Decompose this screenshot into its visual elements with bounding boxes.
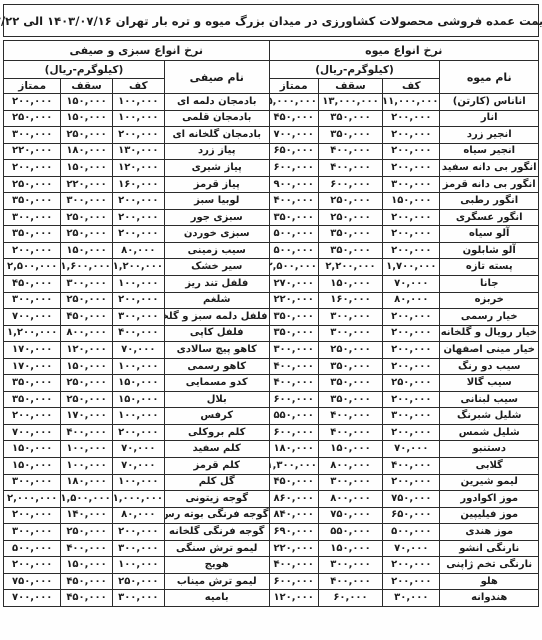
veg-ceiling-cell: ۲۵۰,۰۰۰ (61, 127, 112, 144)
fruit-name-cell: هندوانه (440, 590, 539, 607)
veg-premium-cell: ۲,۰۰۰,۰۰۰ (4, 491, 61, 508)
fruit-floor-cell: ۶۵۰,۰۰۰ (383, 507, 440, 524)
fruit-floor-cell: ۱,۷۰۰,۰۰۰ (383, 259, 440, 276)
fruit-premium-cell: ۲۲۰,۰۰۰ (269, 540, 318, 557)
fruit-premium-cell: ۱۵,۰۰۰,۰۰۰ (269, 94, 318, 111)
fruit-premium-cell: ۴۰۰,۰۰۰ (269, 358, 318, 375)
table-row: اناناس (کارتن)۱۱,۰۰۰,۰۰۰۱۳,۰۰۰,۰۰۰۱۵,۰۰۰… (4, 94, 539, 111)
veg-floor-cell: ۳۰۰,۰۰۰ (112, 590, 164, 607)
fruit-premium-cell: ۴۰۰,۰۰۰ (269, 375, 318, 392)
veg-ceiling-cell: ۱۲۰,۰۰۰ (61, 342, 112, 359)
fruit-name-cell: شلیل شمس (440, 424, 539, 441)
veg-premium-header: ممتاز (4, 79, 61, 94)
veg-premium-cell: ۳۰۰,۰۰۰ (4, 127, 61, 144)
fruit-ceiling-cell: ۴۰۰,۰۰۰ (318, 143, 382, 160)
table-row: انگور عسگری۲۰۰,۰۰۰۲۵۰,۰۰۰۳۵۰,۰۰۰سبزی جور… (4, 209, 539, 226)
veg-name-cell: گوجه فرنگی گلخانه (164, 524, 269, 541)
fruit-ceiling-cell: ۸۰۰,۰۰۰ (318, 491, 382, 508)
veg-ceiling-cell: ۱,۶۰۰,۰۰۰ (61, 259, 112, 276)
veg-premium-cell: ۳۵۰,۰۰۰ (4, 375, 61, 392)
veg-premium-cell: ۳۵۰,۰۰۰ (4, 391, 61, 408)
veg-premium-cell: ۳۰۰,۰۰۰ (4, 524, 61, 541)
veg-floor-cell: ۱۲۰,۰۰۰ (112, 160, 164, 177)
fruit-floor-cell: ۲۰۰,۰۰۰ (383, 573, 440, 590)
fruit-floor-cell: ۲۰۰,۰۰۰ (383, 226, 440, 243)
veg-premium-cell: ۱۵۰,۰۰۰ (4, 458, 61, 475)
document-title: کشف قیمت عمده فروشی محصولات کشاورزی در م… (3, 4, 539, 37)
fruit-name-cell: شلیل شبرنگ (440, 408, 539, 425)
veg-floor-cell: ۱۳۰,۰۰۰ (112, 143, 164, 160)
fruit-floor-cell: ۲۰۰,۰۰۰ (383, 424, 440, 441)
veg-floor-cell: ۲۰۰,۰۰۰ (112, 209, 164, 226)
fruit-floor-cell: ۱۱,۰۰۰,۰۰۰ (383, 94, 440, 111)
fruit-ceiling-cell: ۵۵۰,۰۰۰ (318, 524, 382, 541)
veg-ceiling-cell: ۱۸۰,۰۰۰ (61, 474, 112, 491)
veg-floor-cell: ۷۰,۰۰۰ (112, 458, 164, 475)
fruit-premium-cell: ۶۰۰,۰۰۰ (269, 424, 318, 441)
fruit-name-cell: خربزه (440, 292, 539, 309)
fruit-ceiling-cell: ۴۰۰,۰۰۰ (318, 573, 382, 590)
table-row: نارنگی تخم ژاپنی۲۰۰,۰۰۰۳۰۰,۰۰۰۴۰۰,۰۰۰هوی… (4, 557, 539, 574)
fruit-ceiling-cell: ۴۰۰,۰۰۰ (318, 408, 382, 425)
fruit-floor-cell: ۲۰۰,۰۰۰ (383, 110, 440, 127)
fruit-ceiling-cell: ۳۵۰,۰۰۰ (318, 110, 382, 127)
veg-ceiling-cell: ۱,۵۰۰,۰۰۰ (61, 491, 112, 508)
veg-ceiling-cell: ۱۵۰,۰۰۰ (61, 110, 112, 127)
table-row: هلو۲۰۰,۰۰۰۴۰۰,۰۰۰۶۰۰,۰۰۰لیمو ترش میناب۲۵… (4, 573, 539, 590)
fruit-name-cell: خیار رسمی (440, 309, 539, 326)
veg-floor-cell: ۴۰۰,۰۰۰ (112, 325, 164, 342)
fruit-premium-cell: ۹۰۰,۰۰۰ (269, 176, 318, 193)
fruit-name-cell: انگور بی دانه قرمز (440, 176, 539, 193)
table-row: انجیر زرد۲۰۰,۰۰۰۳۵۰,۰۰۰۷۰۰,۰۰۰بادمجان گل… (4, 127, 539, 144)
fruit-name-cell: دستنبو (440, 441, 539, 458)
veg-name-cell: فلفل تند ریز (164, 276, 269, 293)
fruit-name-cell: گلابی (440, 458, 539, 475)
table-row: انجیر سیاه۲۰۰,۰۰۰۴۰۰,۰۰۰۶۵۰,۰۰۰پیاز زرد۱… (4, 143, 539, 160)
veg-premium-cell: ۷۰۰,۰۰۰ (4, 309, 61, 326)
table-row: خیار مینی اصفهان۲۰۰,۰۰۰۲۵۰,۰۰۰۳۰۰,۰۰۰کاه… (4, 342, 539, 359)
veg-name-cell: فلفل کاپی (164, 325, 269, 342)
table-row: انگور بی دانه قرمز۳۰۰,۰۰۰۶۰۰,۰۰۰۹۰۰,۰۰۰پ… (4, 176, 539, 193)
table-row: پسته تازه۱,۷۰۰,۰۰۰۲,۲۰۰,۰۰۰۲,۵۰۰,۰۰۰سیر … (4, 259, 539, 276)
fruit-ceiling-cell: ۳۵۰,۰۰۰ (318, 375, 382, 392)
section-header-row: نرخ انواع میوه نرخ انواع سبزی و صیفی (4, 41, 539, 61)
veg-ceiling-cell: ۴۵۰,۰۰۰ (61, 590, 112, 607)
fruit-premium-cell: ۴۵۰,۰۰۰ (269, 110, 318, 127)
veg-premium-cell: ۳۵۰,۰۰۰ (4, 193, 61, 210)
veg-name-cell: گوجه زیتونی (164, 491, 269, 508)
veg-ceiling-cell: ۱۸۰,۰۰۰ (61, 143, 112, 160)
veg-floor-cell: ۱,۰۰۰,۰۰۰ (112, 491, 164, 508)
veg-name-cell: بادمجان دلمه ای (164, 94, 269, 111)
fruit-ceiling-cell: ۳۵۰,۰۰۰ (318, 127, 382, 144)
fruit-floor-cell: ۲۰۰,۰۰۰ (383, 143, 440, 160)
veg-section-title: نرخ انواع سبزی و صیفی (4, 41, 270, 61)
fruit-name-cell: نارنگی انشو (440, 540, 539, 557)
veg-ceiling-cell: ۳۰۰,۰۰۰ (61, 193, 112, 210)
fruit-ceiling-cell: ۲۵۰,۰۰۰ (318, 193, 382, 210)
table-row: سیب لبنانی۲۰۰,۰۰۰۳۵۰,۰۰۰۶۰۰,۰۰۰بلال۱۵۰,۰… (4, 391, 539, 408)
fruit-ceiling-cell: ۱۵۰,۰۰۰ (318, 276, 382, 293)
veg-name-cell: کاهو پیچ سالادی (164, 342, 269, 359)
fruit-floor-cell: ۷۰,۰۰۰ (383, 540, 440, 557)
fruit-floor-cell: ۱۵۰,۰۰۰ (383, 193, 440, 210)
fruit-premium-header: ممتاز (269, 79, 318, 94)
fruit-premium-cell: ۸۶۰,۰۰۰ (269, 491, 318, 508)
fruit-premium-cell: ۸۴۰,۰۰۰ (269, 507, 318, 524)
veg-ceiling-cell: ۴۰۰,۰۰۰ (61, 424, 112, 441)
veg-premium-cell: ۲۵۰,۰۰۰ (4, 176, 61, 193)
fruit-premium-cell: ۵۵۰,۰۰۰ (269, 408, 318, 425)
table-row: آلو شابلون۲۰۰,۰۰۰۳۵۰,۰۰۰۵۰۰,۰۰۰سیب زمینی… (4, 242, 539, 259)
fruit-name-cell: موز اکوادور (440, 491, 539, 508)
veg-floor-cell: ۲۰۰,۰۰۰ (112, 292, 164, 309)
unit-header-row: نام میوه (کیلوگرم-ریال) نام صیفی (کیلوگر… (4, 61, 539, 79)
fruit-floor-cell: ۲۰۰,۰۰۰ (383, 127, 440, 144)
veg-premium-cell: ۳۰۰,۰۰۰ (4, 292, 61, 309)
fruit-ceiling-cell: ۳۰۰,۰۰۰ (318, 309, 382, 326)
veg-name-cell: لیمو ترش سنگی (164, 540, 269, 557)
fruit-name-cell: آلو شابلون (440, 242, 539, 259)
veg-premium-cell: ۳۵۰,۰۰۰ (4, 226, 61, 243)
fruit-floor-cell: ۷۰,۰۰۰ (383, 441, 440, 458)
fruit-name-cell: جانا (440, 276, 539, 293)
veg-ceiling-cell: ۳۰۰,۰۰۰ (61, 276, 112, 293)
fruit-premium-cell: ۷۰۰,۰۰۰ (269, 127, 318, 144)
veg-floor-cell: ۷۰,۰۰۰ (112, 441, 164, 458)
fruit-premium-cell: ۱۸۰,۰۰۰ (269, 441, 318, 458)
veg-premium-cell: ۲۲۰,۰۰۰ (4, 143, 61, 160)
veg-name-column-header: نام صیفی (164, 61, 269, 94)
veg-premium-cell: ۲۰۰,۰۰۰ (4, 160, 61, 177)
fruit-ceiling-cell: ۴۰۰,۰۰۰ (318, 424, 382, 441)
table-row: موز فیلیپین۶۵۰,۰۰۰۷۵۰,۰۰۰۸۴۰,۰۰۰گوجه فرن… (4, 507, 539, 524)
fruit-floor-cell: ۳۰۰,۰۰۰ (383, 408, 440, 425)
fruit-floor-cell: ۲۰۰,۰۰۰ (383, 557, 440, 574)
fruit-name-cell: انگور عسگری (440, 209, 539, 226)
table-row: خیار رسمی۲۰۰,۰۰۰۳۰۰,۰۰۰۳۵۰,۰۰۰فلفل دلمه … (4, 309, 539, 326)
veg-premium-cell: ۲۰۰,۰۰۰ (4, 507, 61, 524)
veg-premium-cell: ۵۰۰,۰۰۰ (4, 540, 61, 557)
fruit-name-cell: پسته تازه (440, 259, 539, 276)
fruit-premium-cell: ۴۰۰,۰۰۰ (269, 557, 318, 574)
veg-unit-label: (کیلوگرم-ریال) (4, 61, 165, 79)
table-row: خیار رویال و گلخانه ای۲۰۰,۰۰۰۳۰۰,۰۰۰۳۵۰,… (4, 325, 539, 342)
veg-floor-cell: ۳۰۰,۰۰۰ (112, 540, 164, 557)
fruit-premium-cell: ۱۲۰,۰۰۰ (269, 590, 318, 607)
fruit-name-cell: سیب گالا (440, 375, 539, 392)
fruit-name-cell: هلو (440, 573, 539, 590)
price-table-header: نرخ انواع میوه نرخ انواع سبزی و صیفی نام… (4, 41, 539, 94)
price-table-body: اناناس (کارتن)۱۱,۰۰۰,۰۰۰۱۳,۰۰۰,۰۰۰۱۵,۰۰۰… (4, 94, 539, 607)
veg-floor-cell: ۱۰۰,۰۰۰ (112, 110, 164, 127)
veg-floor-cell: ۱۰۰,۰۰۰ (112, 94, 164, 111)
veg-floor-cell: ۷۰,۰۰۰ (112, 342, 164, 359)
table-row: هندوانه۳۰,۰۰۰۶۰,۰۰۰۱۲۰,۰۰۰بامیه۳۰۰,۰۰۰۴۵… (4, 590, 539, 607)
fruit-ceiling-cell: ۸۰۰,۰۰۰ (318, 458, 382, 475)
table-row: موز اکوادور۷۵۰,۰۰۰۸۰۰,۰۰۰۸۶۰,۰۰۰گوجه زیت… (4, 491, 539, 508)
fruit-name-cell: انگور رطبی (440, 193, 539, 210)
veg-name-cell: بادمجان قلمی (164, 110, 269, 127)
veg-premium-cell: ۳۰۰,۰۰۰ (4, 474, 61, 491)
table-row: انگور رطبی۱۵۰,۰۰۰۲۵۰,۰۰۰۴۰۰,۰۰۰لوبیا سبز… (4, 193, 539, 210)
veg-name-cell: سبزی جور (164, 209, 269, 226)
fruit-ceiling-cell: ۳۵۰,۰۰۰ (318, 226, 382, 243)
fruit-premium-cell: ۵۰۰,۰۰۰ (269, 242, 318, 259)
fruit-premium-cell: ۶۰۰,۰۰۰ (269, 573, 318, 590)
fruit-premium-cell: ۳۰۰,۰۰۰ (269, 342, 318, 359)
fruit-floor-cell: ۲۰۰,۰۰۰ (383, 474, 440, 491)
veg-premium-cell: ۲۰۰,۰۰۰ (4, 408, 61, 425)
veg-name-cell: کاهو رسمی (164, 358, 269, 375)
fruit-name-cell: انگور بی دانه سفید (440, 160, 539, 177)
fruit-floor-cell: ۲۰۰,۰۰۰ (383, 242, 440, 259)
veg-premium-cell: ۲,۵۰۰,۰۰۰ (4, 259, 61, 276)
veg-floor-cell: ۱۵۰,۰۰۰ (112, 375, 164, 392)
fruit-ceiling-cell: ۳۵۰,۰۰۰ (318, 242, 382, 259)
veg-ceiling-cell: ۲۵۰,۰۰۰ (61, 209, 112, 226)
veg-name-cell: کرفس (164, 408, 269, 425)
fruit-ceiling-cell: ۳۰۰,۰۰۰ (318, 557, 382, 574)
fruit-premium-cell: ۲۲۰,۰۰۰ (269, 292, 318, 309)
table-row: شلیل شمس۲۰۰,۰۰۰۴۰۰,۰۰۰۶۰۰,۰۰۰کلم بروکلی۲… (4, 424, 539, 441)
veg-name-cell: لیمو ترش میناب (164, 573, 269, 590)
fruit-name-cell: موز فیلیپین (440, 507, 539, 524)
veg-premium-cell: ۱۷۰,۰۰۰ (4, 342, 61, 359)
fruit-premium-cell: ۶۰۰,۰۰۰ (269, 391, 318, 408)
fruit-floor-cell: ۷۰,۰۰۰ (383, 276, 440, 293)
table-row: سیب دو رنگ۲۰۰,۰۰۰۳۵۰,۰۰۰۴۰۰,۰۰۰کاهو رسمی… (4, 358, 539, 375)
fruit-floor-cell: ۲۰۰,۰۰۰ (383, 342, 440, 359)
veg-premium-cell: ۲۰۰,۰۰۰ (4, 94, 61, 111)
fruit-floor-cell: ۳۰۰,۰۰۰ (383, 176, 440, 193)
fruit-name-cell: انار (440, 110, 539, 127)
fruit-premium-cell: ۶۵۰,۰۰۰ (269, 143, 318, 160)
veg-premium-cell: ۲۰۰,۰۰۰ (4, 557, 61, 574)
veg-floor-cell: ۲۰۰,۰۰۰ (112, 193, 164, 210)
veg-ceiling-cell: ۲۵۰,۰۰۰ (61, 292, 112, 309)
veg-floor-cell: ۱۰۰,۰۰۰ (112, 276, 164, 293)
fruit-name-cell: اناناس (کارتن) (440, 94, 539, 111)
veg-floor-cell: ۱,۲۰۰,۰۰۰ (112, 259, 164, 276)
table-row: انگور بی دانه سفید۲۰۰,۰۰۰۴۰۰,۰۰۰۶۰۰,۰۰۰پ… (4, 160, 539, 177)
fruit-name-cell: انجیر سیاه (440, 143, 539, 160)
fruit-name-column-header: نام میوه (440, 61, 539, 94)
fruit-premium-cell: ۴۰۰,۰۰۰ (269, 193, 318, 210)
fruit-name-cell: آلو سیاه (440, 226, 539, 243)
veg-floor-cell: ۲۰۰,۰۰۰ (112, 226, 164, 243)
veg-ceiling-cell: ۱۴۰,۰۰۰ (61, 507, 112, 524)
veg-floor-cell: ۱۵۰,۰۰۰ (112, 391, 164, 408)
veg-name-cell: سیر خشک (164, 259, 269, 276)
fruit-floor-cell: ۲۰۰,۰۰۰ (383, 209, 440, 226)
fruit-ceiling-cell: ۱۳,۰۰۰,۰۰۰ (318, 94, 382, 111)
fruit-floor-cell: ۴۰۰,۰۰۰ (383, 458, 440, 475)
veg-floor-cell: ۸۰,۰۰۰ (112, 242, 164, 259)
fruit-name-cell: سیب لبنانی (440, 391, 539, 408)
fruit-ceiling-cell: ۴۰۰,۰۰۰ (318, 160, 382, 177)
veg-premium-cell: ۷۵۰,۰۰۰ (4, 573, 61, 590)
veg-ceiling-cell: ۲۵۰,۰۰۰ (61, 391, 112, 408)
fruit-section-title: نرخ انواع میوه (269, 41, 538, 61)
table-row: جانا۷۰,۰۰۰۱۵۰,۰۰۰۲۷۰,۰۰۰فلفل تند ریز۱۰۰,… (4, 276, 539, 293)
veg-floor-header: کف (112, 79, 164, 94)
fruit-ceiling-cell: ۳۵۰,۰۰۰ (318, 358, 382, 375)
fruit-ceiling-cell: ۳۰۰,۰۰۰ (318, 474, 382, 491)
veg-floor-cell: ۳۰۰,۰۰۰ (112, 309, 164, 326)
veg-premium-cell: ۲۰۰,۰۰۰ (4, 242, 61, 259)
veg-floor-cell: ۱۶۰,۰۰۰ (112, 176, 164, 193)
fruit-floor-cell: ۸۰,۰۰۰ (383, 292, 440, 309)
veg-name-cell: هویج (164, 557, 269, 574)
price-table: نرخ انواع میوه نرخ انواع سبزی و صیفی نام… (3, 40, 539, 607)
veg-ceiling-cell: ۲۵۰,۰۰۰ (61, 375, 112, 392)
fruit-ceiling-cell: ۳۵۰,۰۰۰ (318, 391, 382, 408)
veg-premium-cell: ۳۰۰,۰۰۰ (4, 209, 61, 226)
fruit-premium-cell: ۲,۵۰۰,۰۰۰ (269, 259, 318, 276)
veg-floor-cell: ۲۰۰,۰۰۰ (112, 127, 164, 144)
fruit-unit-label: (کیلوگرم-ریال) (269, 61, 440, 79)
table-row: گلابی۴۰۰,۰۰۰۸۰۰,۰۰۰۱,۳۰۰,۰۰۰کلم قرمز۷۰,۰… (4, 458, 539, 475)
fruit-ceiling-cell: ۲,۲۰۰,۰۰۰ (318, 259, 382, 276)
veg-name-cell: گوجه فرنگی بوته رس (164, 507, 269, 524)
fruit-ceiling-cell: ۱۵۰,۰۰۰ (318, 540, 382, 557)
table-row: خربزه۸۰,۰۰۰۱۶۰,۰۰۰۲۲۰,۰۰۰شلغم۲۰۰,۰۰۰۲۵۰,… (4, 292, 539, 309)
veg-name-cell: کلم بروکلی (164, 424, 269, 441)
veg-ceiling-cell: ۴۰۰,۰۰۰ (61, 540, 112, 557)
fruit-ceiling-cell: ۱۶۰,۰۰۰ (318, 292, 382, 309)
veg-name-cell: پیاز زرد (164, 143, 269, 160)
fruit-premium-cell: ۵۰۰,۰۰۰ (269, 226, 318, 243)
fruit-premium-cell: ۶۰۰,۰۰۰ (269, 160, 318, 177)
veg-name-cell: فلفل دلمه سبز و گلخانه (164, 309, 269, 326)
veg-floor-cell: ۲۰۰,۰۰۰ (112, 524, 164, 541)
table-row: موز هندی۵۰۰,۰۰۰۵۵۰,۰۰۰۶۹۰,۰۰۰گوجه فرنگی … (4, 524, 539, 541)
fruit-ceiling-cell: ۶۰,۰۰۰ (318, 590, 382, 607)
table-row: انار۲۰۰,۰۰۰۳۵۰,۰۰۰۴۵۰,۰۰۰بادمجان قلمی۱۰۰… (4, 110, 539, 127)
fruit-floor-cell: ۲۰۰,۰۰۰ (383, 391, 440, 408)
price-document: کشف قیمت عمده فروشی محصولات کشاورزی در م… (0, 0, 542, 640)
fruit-floor-cell: ۷۵۰,۰۰۰ (383, 491, 440, 508)
veg-name-cell: شلغم (164, 292, 269, 309)
veg-premium-cell: ۷۰۰,۰۰۰ (4, 590, 61, 607)
veg-premium-cell: ۴۵۰,۰۰۰ (4, 276, 61, 293)
veg-floor-cell: ۲۵۰,۰۰۰ (112, 573, 164, 590)
fruit-ceiling-cell: ۱۵۰,۰۰۰ (318, 441, 382, 458)
veg-floor-cell: ۲۰۰,۰۰۰ (112, 424, 164, 441)
table-row: لیمو شیرین۲۰۰,۰۰۰۳۰۰,۰۰۰۴۵۰,۰۰۰گل کلم۱۰۰… (4, 474, 539, 491)
veg-ceiling-header: سقف (61, 79, 112, 94)
fruit-floor-cell: ۲۰۰,۰۰۰ (383, 358, 440, 375)
fruit-premium-cell: ۳۵۰,۰۰۰ (269, 309, 318, 326)
veg-ceiling-cell: ۱۵۰,۰۰۰ (61, 94, 112, 111)
fruit-floor-cell: ۲۵۰,۰۰۰ (383, 375, 440, 392)
veg-floor-cell: ۱۰۰,۰۰۰ (112, 557, 164, 574)
veg-premium-cell: ۲۵۰,۰۰۰ (4, 110, 61, 127)
veg-name-cell: کلم قرمز (164, 458, 269, 475)
fruit-premium-cell: ۶۹۰,۰۰۰ (269, 524, 318, 541)
veg-name-cell: پیاز شیری (164, 160, 269, 177)
fruit-name-cell: سیب دو رنگ (440, 358, 539, 375)
veg-name-cell: کدو مسمایی (164, 375, 269, 392)
fruit-premium-cell: ۴۵۰,۰۰۰ (269, 474, 318, 491)
fruit-premium-cell: ۲۷۰,۰۰۰ (269, 276, 318, 293)
fruit-name-cell: خیار رویال و گلخانه ای (440, 325, 539, 342)
veg-premium-cell: ۷۰۰,۰۰۰ (4, 424, 61, 441)
fruit-ceiling-cell: ۶۰۰,۰۰۰ (318, 176, 382, 193)
veg-ceiling-cell: ۱۰۰,۰۰۰ (61, 458, 112, 475)
table-row: سیب گالا۲۵۰,۰۰۰۳۵۰,۰۰۰۴۰۰,۰۰۰کدو مسمایی۱… (4, 375, 539, 392)
fruit-ceiling-cell: ۷۵۰,۰۰۰ (318, 507, 382, 524)
fruit-name-cell: نارنگی تخم ژاپنی (440, 557, 539, 574)
veg-floor-cell: ۱۰۰,۰۰۰ (112, 408, 164, 425)
fruit-floor-cell: ۲۰۰,۰۰۰ (383, 309, 440, 326)
veg-name-cell: کلم سفید (164, 441, 269, 458)
veg-floor-cell: ۱۰۰,۰۰۰ (112, 474, 164, 491)
fruit-ceiling-header: سقف (318, 79, 382, 94)
veg-ceiling-cell: ۱۵۰,۰۰۰ (61, 242, 112, 259)
veg-name-cell: سبزی خوردن (164, 226, 269, 243)
fruit-floor-cell: ۲۰۰,۰۰۰ (383, 325, 440, 342)
veg-ceiling-cell: ۲۵۰,۰۰۰ (61, 524, 112, 541)
veg-name-cell: بامیه (164, 590, 269, 607)
fruit-floor-cell: ۵۰۰,۰۰۰ (383, 524, 440, 541)
fruit-ceiling-cell: ۳۰۰,۰۰۰ (318, 325, 382, 342)
veg-ceiling-cell: ۲۲۰,۰۰۰ (61, 176, 112, 193)
veg-ceiling-cell: ۱۰۰,۰۰۰ (61, 441, 112, 458)
veg-name-cell: لوبیا سبز (164, 193, 269, 210)
veg-ceiling-cell: ۸۰۰,۰۰۰ (61, 325, 112, 342)
fruit-ceiling-cell: ۲۵۰,۰۰۰ (318, 209, 382, 226)
veg-name-cell: سیب زمینی (164, 242, 269, 259)
table-row: دستنبو۷۰,۰۰۰۱۵۰,۰۰۰۱۸۰,۰۰۰کلم سفید۷۰,۰۰۰… (4, 441, 539, 458)
veg-ceiling-cell: ۴۵۰,۰۰۰ (61, 309, 112, 326)
veg-name-cell: بادمجان گلخانه ای (164, 127, 269, 144)
veg-ceiling-cell: ۱۵۰,۰۰۰ (61, 557, 112, 574)
fruit-premium-cell: ۱,۳۰۰,۰۰۰ (269, 458, 318, 475)
veg-premium-cell: ۱,۲۰۰,۰۰۰ (4, 325, 61, 342)
veg-floor-cell: ۸۰,۰۰۰ (112, 507, 164, 524)
table-row: شلیل شبرنگ۳۰۰,۰۰۰۴۰۰,۰۰۰۵۵۰,۰۰۰کرفس۱۰۰,۰… (4, 408, 539, 425)
veg-ceiling-cell: ۱۵۰,۰۰۰ (61, 358, 112, 375)
veg-ceiling-cell: ۴۵۰,۰۰۰ (61, 573, 112, 590)
veg-ceiling-cell: ۲۵۰,۰۰۰ (61, 226, 112, 243)
fruit-premium-cell: ۳۵۰,۰۰۰ (269, 209, 318, 226)
fruit-floor-header: کف (383, 79, 440, 94)
fruit-premium-cell: ۳۵۰,۰۰۰ (269, 325, 318, 342)
fruit-floor-cell: ۳۰,۰۰۰ (383, 590, 440, 607)
fruit-name-cell: انجیر زرد (440, 127, 539, 144)
veg-ceiling-cell: ۱۵۰,۰۰۰ (61, 160, 112, 177)
veg-ceiling-cell: ۱۷۰,۰۰۰ (61, 408, 112, 425)
veg-premium-cell: ۱۷۰,۰۰۰ (4, 358, 61, 375)
table-row: آلو سیاه۲۰۰,۰۰۰۳۵۰,۰۰۰۵۰۰,۰۰۰سبزی خوردن۲… (4, 226, 539, 243)
fruit-name-cell: موز هندی (440, 524, 539, 541)
fruit-ceiling-cell: ۲۵۰,۰۰۰ (318, 342, 382, 359)
veg-floor-cell: ۱۰۰,۰۰۰ (112, 358, 164, 375)
veg-name-cell: گل کلم (164, 474, 269, 491)
fruit-name-cell: لیمو شیرین (440, 474, 539, 491)
fruit-floor-cell: ۲۰۰,۰۰۰ (383, 160, 440, 177)
veg-premium-cell: ۱۵۰,۰۰۰ (4, 441, 61, 458)
table-row: نارنگی انشو۷۰,۰۰۰۱۵۰,۰۰۰۲۲۰,۰۰۰لیمو ترش … (4, 540, 539, 557)
fruit-name-cell: خیار مینی اصفهان (440, 342, 539, 359)
veg-name-cell: پیاز قرمز (164, 176, 269, 193)
veg-name-cell: بلال (164, 391, 269, 408)
